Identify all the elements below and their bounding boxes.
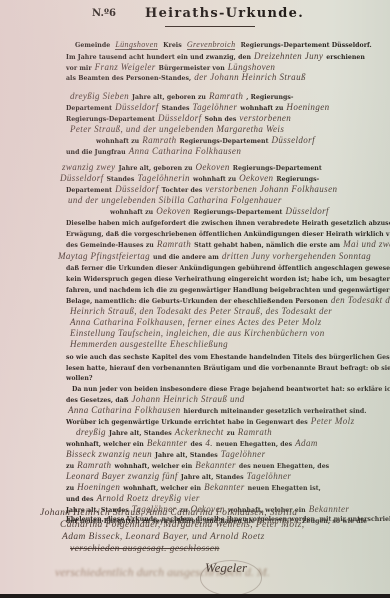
document-page: N.º6 Heiraths-Urkunde. Gemeinde Lüngshov… bbox=[0, 0, 390, 594]
document-number: N.º6 bbox=[92, 8, 116, 19]
handwritten-entry: der Johann Heinrich Strauß bbox=[194, 72, 306, 82]
signature-line-4: verschieden ausgesagt. geschlossen bbox=[70, 545, 219, 555]
printed-text: erschienen bbox=[326, 54, 365, 61]
handwritten-entry: Adam bbox=[295, 438, 318, 448]
official-signature: Wegeler bbox=[205, 560, 247, 576]
handwritten-entry: den Todesakt des Vaters bbox=[331, 295, 390, 305]
printed-text: neuen Ehegatten ist, bbox=[248, 485, 321, 492]
printed-text: und die Jungfrau bbox=[66, 149, 126, 156]
body-line: und die JungfrauAnna Catharina Folkhause… bbox=[66, 141, 244, 157]
body-line: als Beamten des Personen-Standes,der Joh… bbox=[66, 67, 309, 83]
handwritten-entry: Bekannter bbox=[204, 482, 245, 492]
printed-text: als Beamten des Personen-Standes, bbox=[66, 75, 191, 82]
signature-line-2: Catharina Folgenhauer, Margaretha Wehren… bbox=[60, 521, 304, 531]
handwritten-entry: Anna Catharina Folkhausen bbox=[129, 146, 242, 156]
document-title: Heiraths-Urkunde. bbox=[145, 6, 304, 21]
signature-line-1: Johann Heinrich Strauß, Anna Catharina F… bbox=[40, 509, 297, 519]
printed-text: lesen hatte, hierauf den vorbenannten Br… bbox=[66, 365, 390, 372]
body-line: lesen hatte, hierauf den vorbenannten Br… bbox=[66, 357, 390, 373]
title-rule bbox=[165, 26, 255, 27]
handwritten-entry: Düsseldorf bbox=[271, 135, 315, 145]
handwritten-entry: Peter Molz bbox=[311, 416, 355, 426]
signature-line-3: Adam Bisseck, Leonard Bayer, und Arnold … bbox=[62, 533, 265, 543]
scan-bottom-edge bbox=[0, 594, 390, 598]
